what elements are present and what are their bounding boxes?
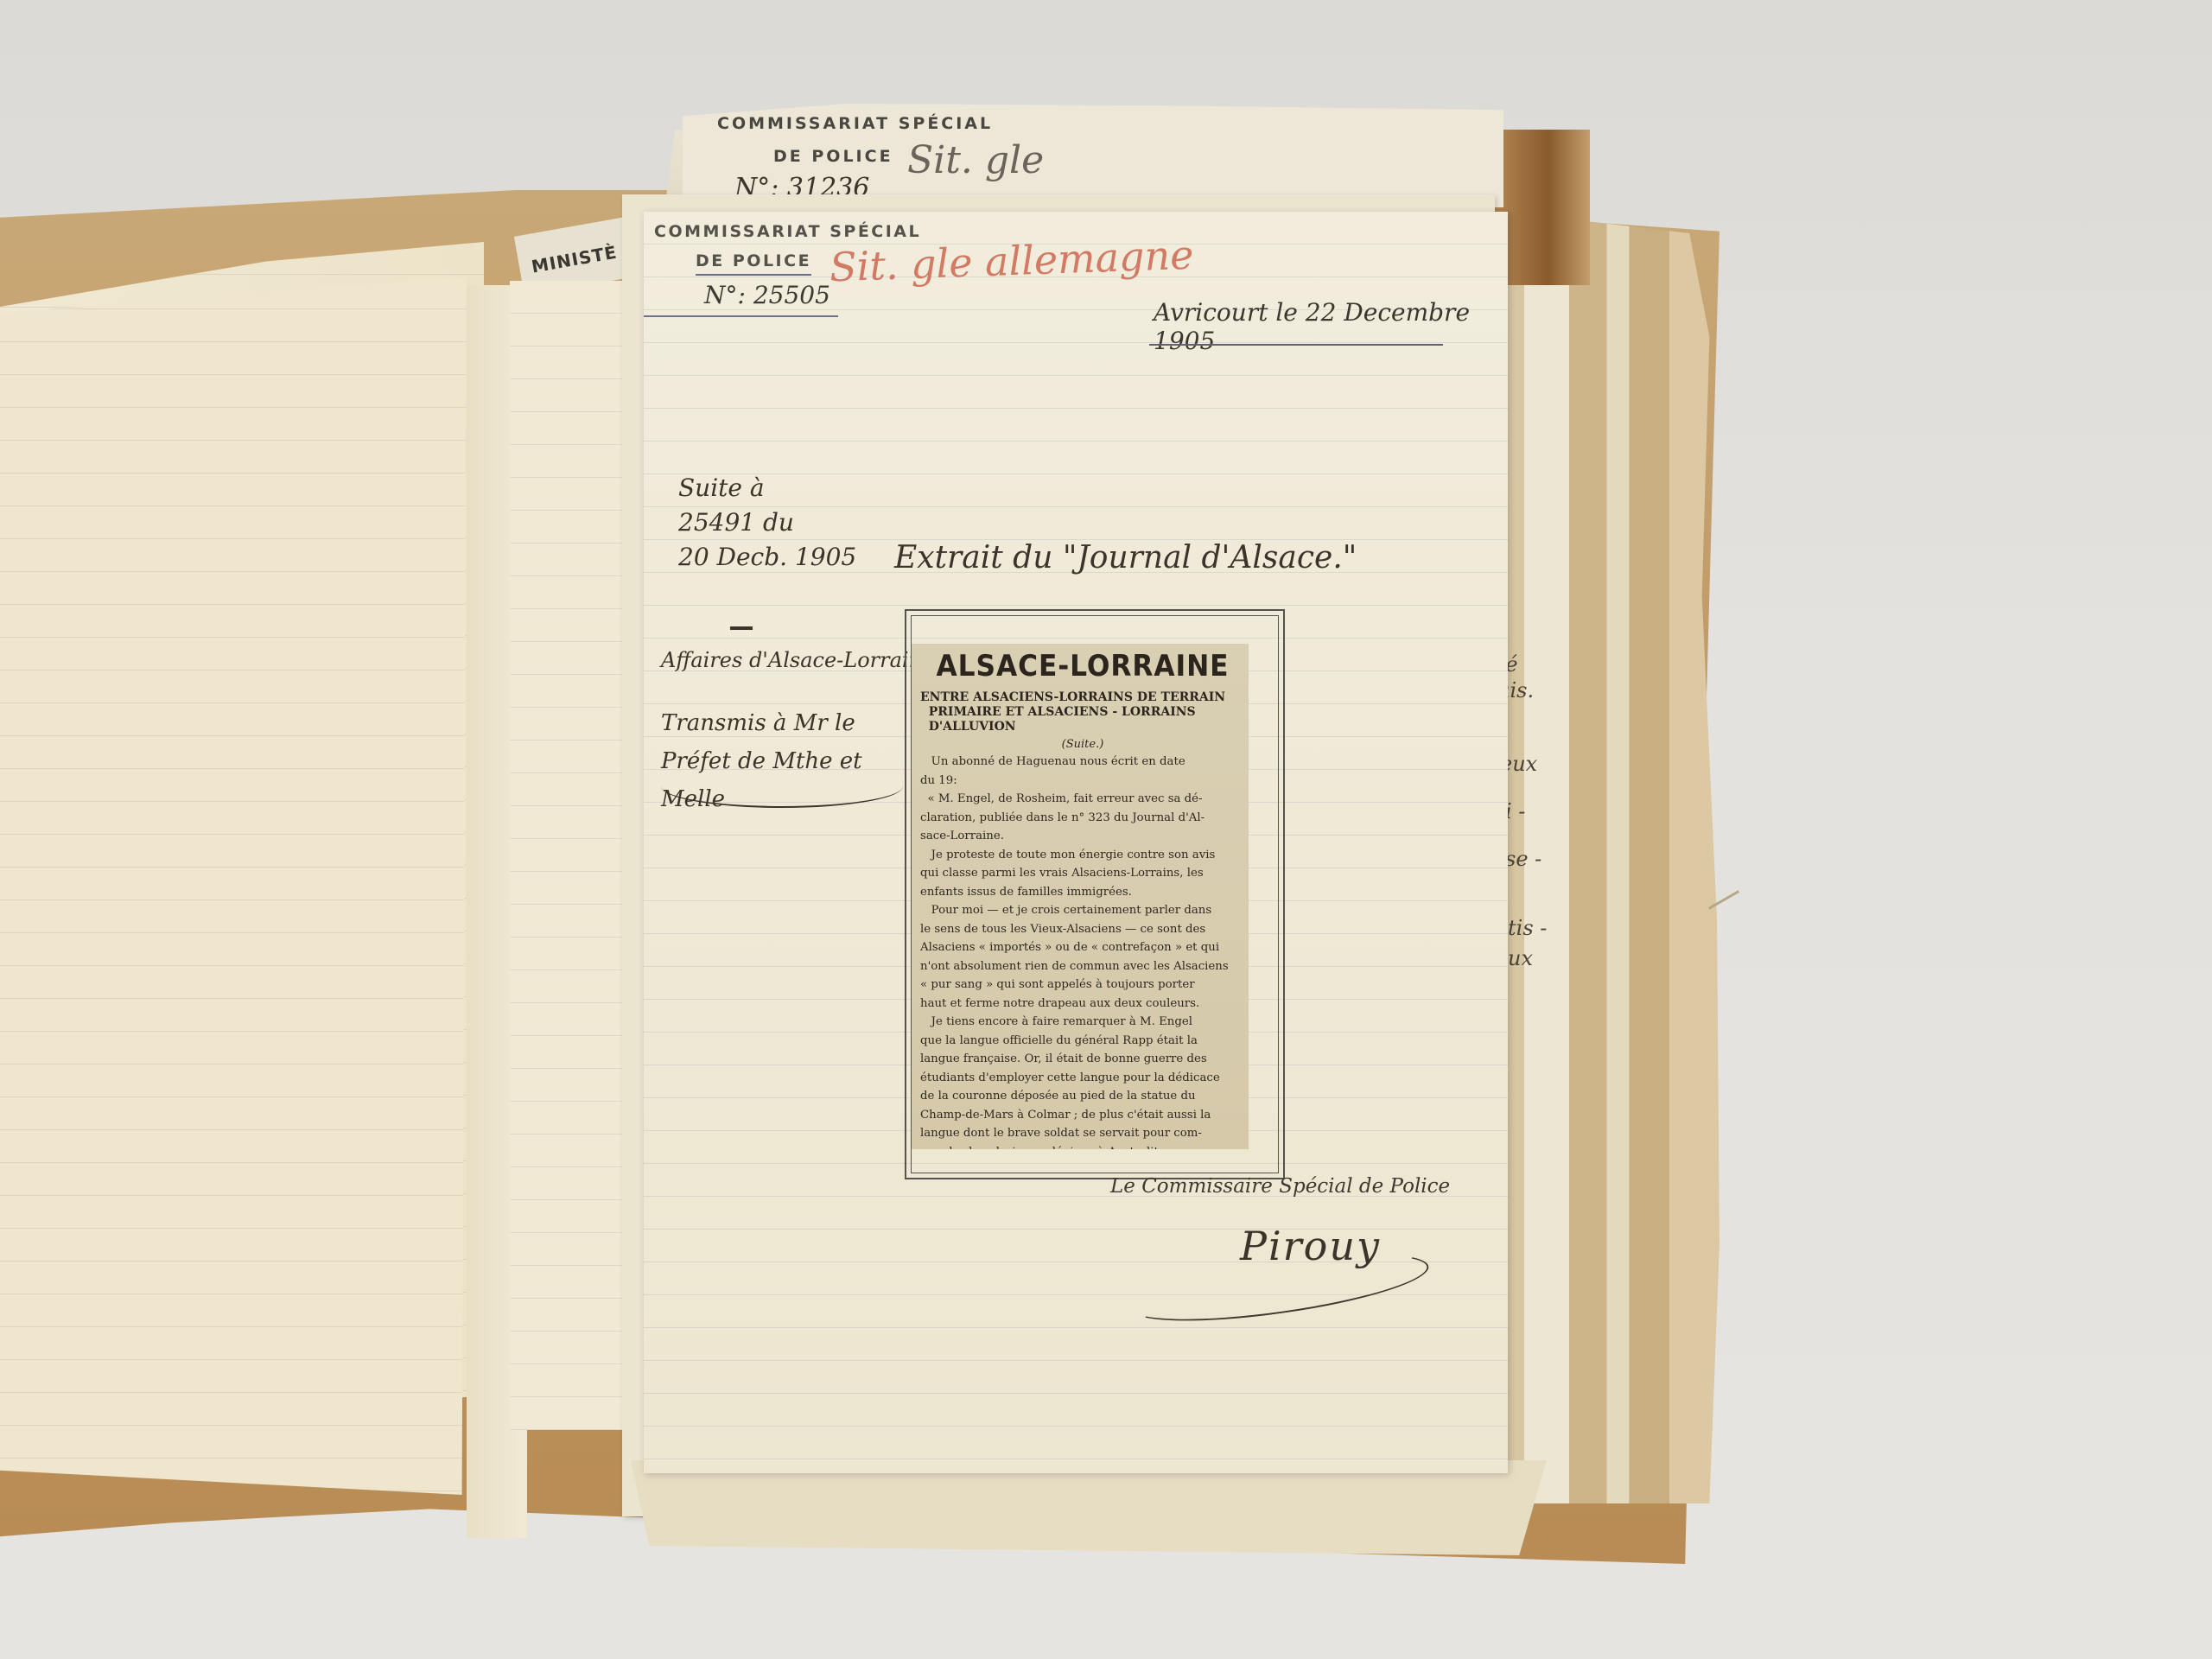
clipping-headline: ALSACE-LORRAINE xyxy=(933,649,1232,683)
text-fragment: se - xyxy=(1505,847,1541,871)
police-report-letter: COMMISSARIAT SPÉCIAL DE POLICE N°: 25505… xyxy=(644,212,1508,1473)
letterhead-rule xyxy=(644,315,838,317)
clipping-body: Un abonné de Haguenau nous écrit en date… xyxy=(920,753,1245,1149)
slip-header-line1: COMMISSARIAT SPÉCIAL xyxy=(717,114,993,133)
letterhead-line1: COMMISSARIAT SPÉCIAL xyxy=(654,222,921,241)
margin-dash xyxy=(730,626,753,630)
margin-note-line: Suite à xyxy=(678,471,912,505)
clipping-subheadline: ENTRE ALSACIENS-LORRAINS DE TERRAIN PRIM… xyxy=(920,690,1245,734)
slip-header-line2: DE POLICE xyxy=(773,147,893,166)
underlying-sheet-bottom xyxy=(631,1460,1547,1555)
signature-title: Le Commissaire Spécial de Police xyxy=(1110,1175,1450,1198)
text-fragment: tis - xyxy=(1508,916,1547,940)
margin-note-line: 20 Decb. 1905 xyxy=(678,540,912,575)
margin-reference-note: Suite à 25491 du 20 Decb. 1905 xyxy=(678,471,912,575)
place-date: Avricourt le 22 Decembre 1905 xyxy=(1154,298,1508,355)
left-blank-page xyxy=(0,276,467,1495)
clipping-suite-label: (Suite.) xyxy=(920,738,1245,751)
margin-note-line: 25491 du xyxy=(678,505,912,540)
newspaper-clipping: ALSACE-LORRAINE ENTRE ALSACIENS-LORRAINS… xyxy=(912,644,1249,1149)
letterhead-line2: DE POLICE xyxy=(696,251,811,276)
text-fragment: ux xyxy=(1508,946,1533,970)
gutter-page xyxy=(510,281,639,1430)
text-fragment: i - xyxy=(1505,799,1525,823)
file-number: N°: 25505 xyxy=(704,281,830,309)
margin-flourish xyxy=(661,765,903,808)
extract-title: Extrait du "Journal d'Alsace." xyxy=(894,540,1357,575)
top-police-slip: COMMISSARIAT SPÉCIAL DE POLICE N°: 31236… xyxy=(683,104,1503,207)
ministry-slip-text: MINISTÈ xyxy=(530,242,619,277)
margin-subject: Affaires d'Alsace-Lorraine xyxy=(661,648,934,672)
date-rule xyxy=(1149,344,1443,346)
slip-note: Sit. gle xyxy=(907,138,1044,182)
